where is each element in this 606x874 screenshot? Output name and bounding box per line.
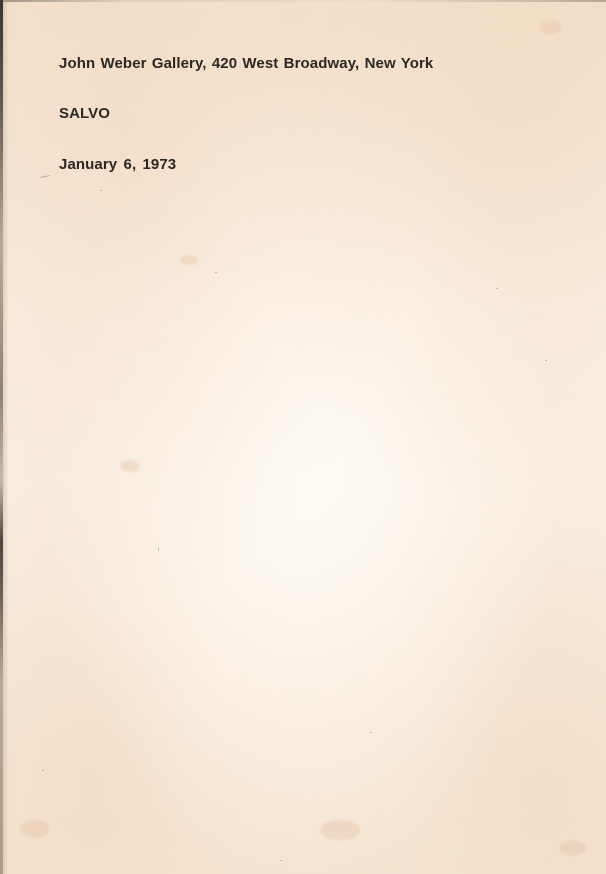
- venue-address-line: John Weber Gallery, 420 West Broadway, N…: [59, 55, 433, 72]
- document-page: John Weber Gallery, 420 West Broadway, N…: [0, 0, 606, 874]
- paper-speck: [100, 190, 102, 191]
- page-top-edge: [0, 0, 606, 2]
- paper-speck: [215, 272, 217, 273]
- paper-speck: [158, 548, 159, 551]
- paper-stain: [540, 20, 562, 34]
- paper-speck: [370, 732, 372, 733]
- paper-stain: [180, 255, 198, 265]
- paper-stain: [320, 820, 360, 840]
- paper-speck: [545, 360, 547, 361]
- artist-name: SALVO: [59, 105, 110, 122]
- paper-speck: [496, 288, 498, 289]
- paper-speck: [58, 65, 60, 66]
- binding-shadow: [3, 0, 9, 874]
- exhibition-date: January 6, 1973: [59, 156, 176, 173]
- paper-speck: [42, 770, 44, 771]
- paper-speck: [40, 175, 50, 178]
- paper-stain: [20, 820, 50, 838]
- paper-stain: [120, 460, 140, 472]
- paper-stain: [560, 840, 586, 856]
- paper-speck: [280, 860, 282, 861]
